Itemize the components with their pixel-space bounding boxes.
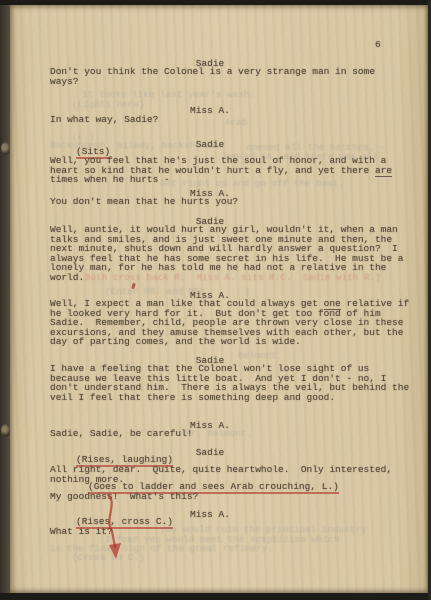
ghost-text: Arab (225, 117, 247, 128)
photo-edge-left (0, 0, 10, 600)
dialogue-line: day of parting comes, and the world is w… (50, 337, 428, 347)
ghost-text: Belmont (238, 350, 277, 361)
photo-edge-bottom (0, 593, 431, 600)
dialogue-paragraph: Don't you think the Colonel is a very st… (50, 67, 428, 86)
dialogue-line: You don't mean that he hurts you? (50, 197, 428, 207)
ghost-text: Backsheesh, milady, backsheesh! (50, 140, 223, 151)
dialogue-line: veil I feel that there is something deep… (50, 393, 428, 403)
ghost-text: looked in, and there was all (222, 151, 378, 162)
photo-edge-top (0, 0, 431, 5)
dialogue-line: Don't you think the Colonel is a very st… (50, 67, 428, 77)
binder-mark (1, 142, 10, 155)
ghost-text: (L.C.) (98, 362, 131, 373)
text-segment: veil I feel that there is something deep… (50, 392, 335, 403)
photograph-of-script-page: 6 SadieDon't you think the Colonel is a … (0, 0, 431, 600)
text-segment: times when he hurts - (50, 174, 170, 185)
ghost-text: (Enter MR. and MRS. ) (105, 286, 250, 297)
ghost-text: Mr. Belmont. (185, 428, 252, 439)
dialogue-paragraph: Well, I expect a man like that could alw… (50, 299, 428, 347)
script-page: 6 SadieDon't you think the Colonel is a … (10, 5, 428, 593)
text-segment: world. (50, 272, 84, 283)
text-segment: Don't you think the Colonel is a very st… (50, 66, 375, 77)
text-segment: ways? (50, 76, 79, 87)
dialogue-paragraph: You don't mean that he hurts you? (50, 197, 428, 207)
text-segment: In what way, Sadie? (50, 114, 158, 125)
page-number: 6 (375, 39, 381, 50)
text-segment: You don't mean that he hurts you? (50, 196, 238, 207)
text-segment: Sadie, Sadie, be careful! (50, 428, 193, 439)
ghost-text: Both cross back R. Miss A. sits R.C. Sad… (85, 272, 381, 283)
ghost-text: (Lights here) (72, 99, 145, 110)
text-segment: day of parting comes, and the world is w… (50, 336, 301, 347)
binder-mark (1, 424, 10, 437)
dialogue-line: ways? (50, 77, 428, 87)
ghost-text: Get right up and go off the boat. (160, 178, 344, 189)
red-pencil-arrow (96, 491, 136, 565)
underlined-word: are (375, 165, 392, 177)
